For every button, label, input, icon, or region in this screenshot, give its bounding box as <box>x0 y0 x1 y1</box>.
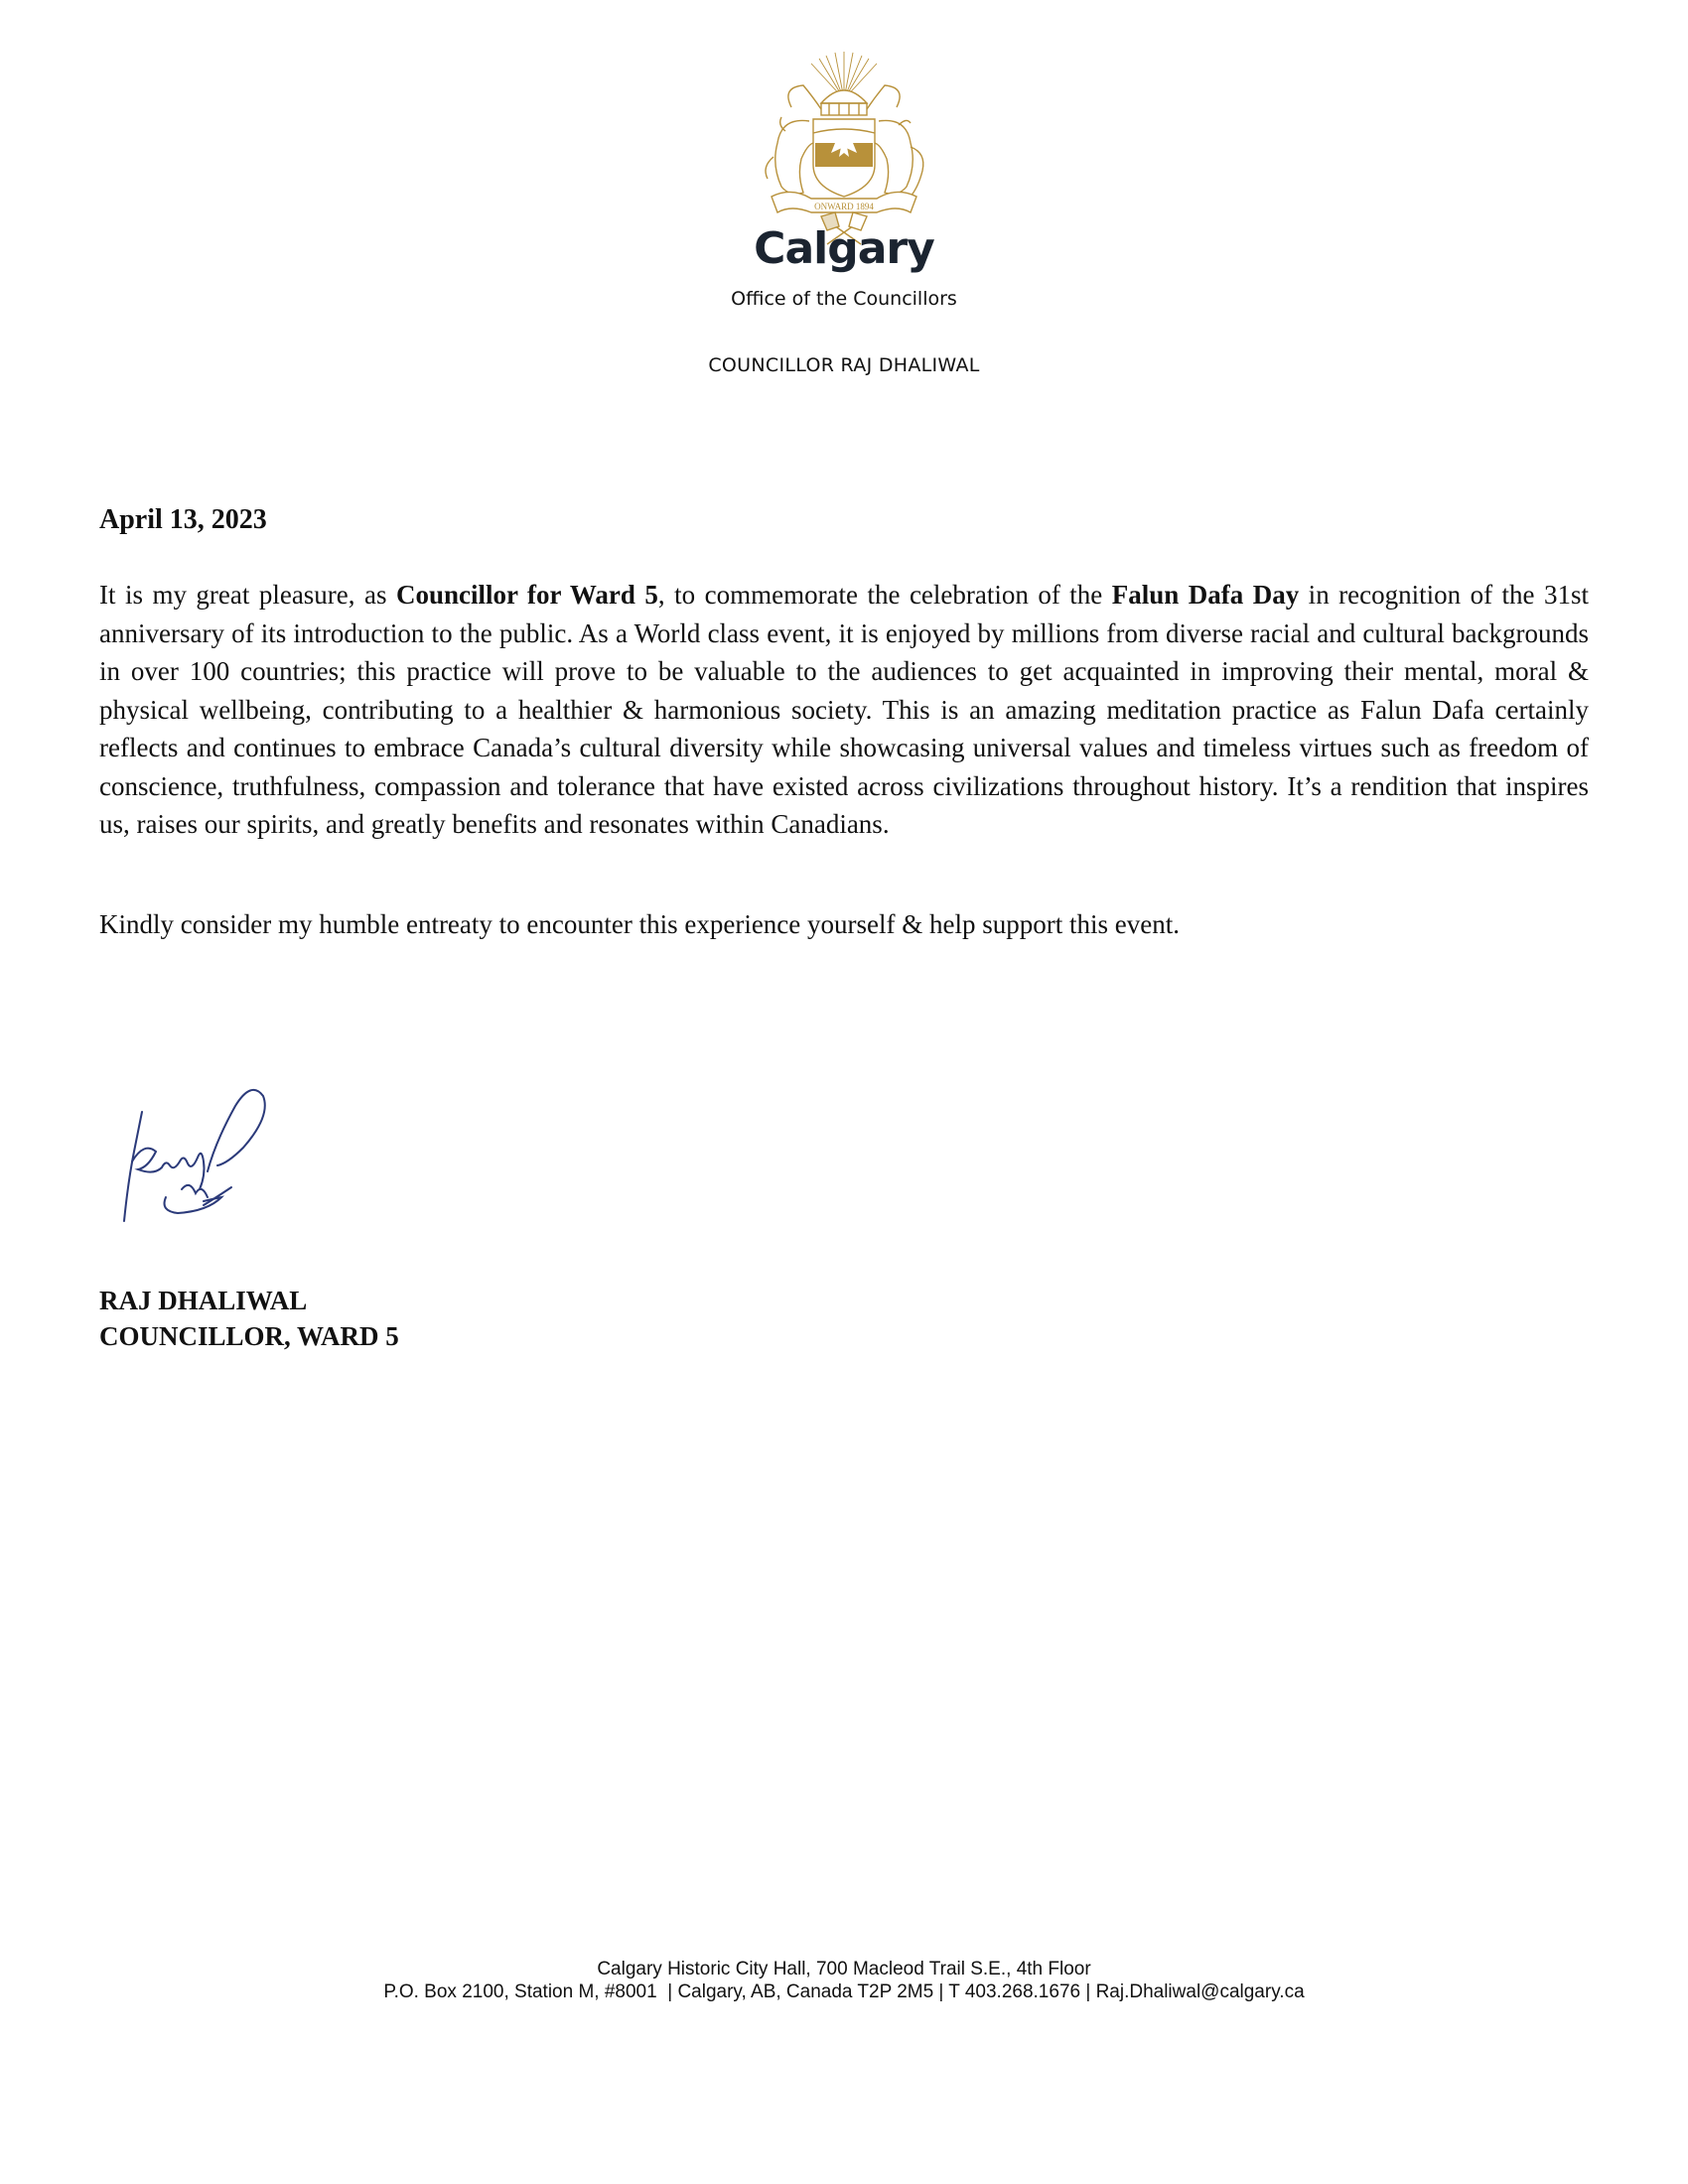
signature-icon <box>104 1072 323 1231</box>
svg-text:ONWARD 1894: ONWARD 1894 <box>814 202 874 211</box>
office-name: Office of the Councillors <box>0 288 1688 310</box>
councillor-heading: COUNCILLOR RAJ DHALIWAL <box>0 354 1688 376</box>
signatory-title: COUNCILLOR, WARD 5 <box>99 1318 399 1354</box>
footer-address-line-2: P.O. Box 2100, Station M, #8001 | Calgar… <box>0 1980 1688 2003</box>
footer-address-line-1: Calgary Historic City Hall, 700 Macleod … <box>0 1958 1688 1980</box>
text-run: in recognition of the 31st anniversary o… <box>99 580 1589 839</box>
letter-date: April 13, 2023 <box>99 504 267 536</box>
signatory-name: RAJ DHALIWAL <box>99 1283 399 1318</box>
signatory-block: RAJ DHALIWAL COUNCILLOR, WARD 5 <box>99 1283 399 1354</box>
city-brand-name: Calgary <box>0 223 1688 274</box>
text-run: It is my great pleasure, as <box>99 580 396 610</box>
letterhead-footer: Calgary Historic City Hall, 700 Macleod … <box>0 1958 1688 2003</box>
bold-event-name: Falun Dafa Day <box>1112 580 1299 610</box>
letter-page: ONWARD 1894 Calgary Office of the Counci… <box>0 0 1688 2184</box>
text-run: , to commemorate the celebration of the <box>658 580 1112 610</box>
bold-ward: Councillor for Ward 5 <box>396 580 658 610</box>
letter-paragraph-2: Kindly consider my humble entreaty to en… <box>99 905 1589 944</box>
letter-paragraph-1: It is my great pleasure, as Councillor f… <box>99 576 1589 844</box>
coat-of-arms-icon: ONWARD 1894 <box>752 48 936 246</box>
